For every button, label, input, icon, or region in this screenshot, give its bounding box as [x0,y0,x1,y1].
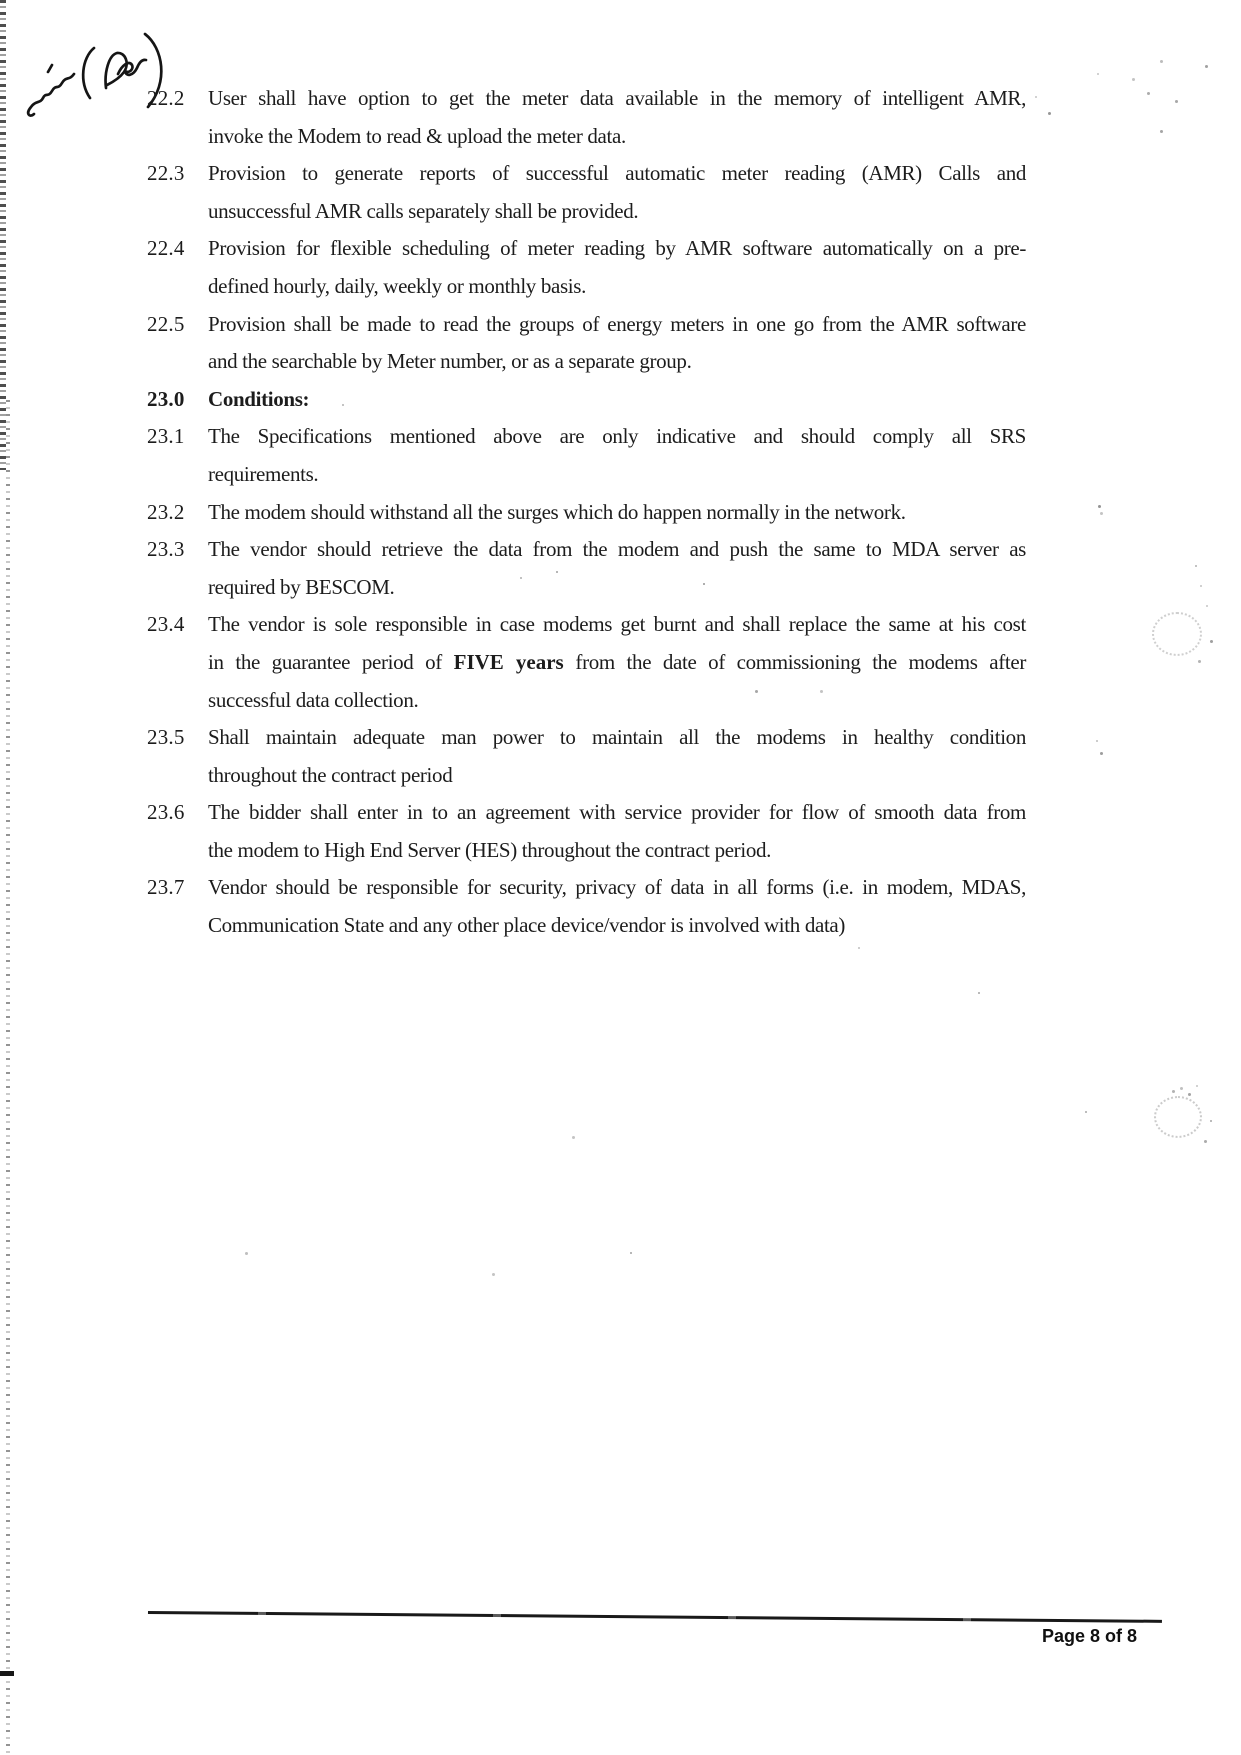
item-number: 22.3 [147,155,208,230]
scan-speck [556,571,558,573]
scan-speck [1210,1120,1212,1122]
item-number: 23.7 [147,869,208,944]
scan-speck [572,1136,575,1139]
footer-rule [148,1611,1162,1622]
item-text: Provision to generate reports of success… [208,155,1026,230]
scan-speck [1196,1085,1198,1087]
scan-speck [1188,1093,1191,1096]
item-text: Provision shall be made to read the grou… [208,306,1026,381]
item-text: Provision for flexible scheduling of met… [208,230,1026,305]
item-text-line: requirements. [208,456,1026,494]
scan-speck [1180,1087,1183,1090]
scan-speck [1097,73,1099,75]
scan-speck [1175,100,1178,103]
doc-item: 22.2User shall have option to get the me… [147,80,1026,155]
scan-speck [1160,60,1163,63]
item-text-line: Communication State and any other place … [208,907,1026,945]
doc-item: 23.2The modem should withstand all the s… [147,494,1026,532]
item-number: 23.1 [147,418,208,493]
scan-speck [1205,65,1208,68]
item-number: 23.0 [147,381,208,419]
scan-speck [1206,605,1208,607]
scan-speck [978,992,980,994]
item-text: Shall maintain adequate man power to mai… [208,719,1026,794]
item-number: 23.2 [147,494,208,532]
item-number: 23.6 [147,794,208,869]
scan-speck [1132,78,1135,81]
item-text-line: The vendor is sole responsible in case m… [208,606,1026,644]
item-text: The bidder shall enter in to an agreemen… [208,794,1026,869]
scan-smudge [1154,1096,1202,1138]
item-text-line: Vendor should be responsible for securit… [208,869,1026,907]
item-text-line: The modem should withstand all the surge… [208,494,1026,532]
item-text-line: The bidder shall enter in to an agreemen… [208,794,1026,832]
scan-edge-artifact [6,400,10,1755]
item-number: 22.4 [147,230,208,305]
scan-speck [1204,1140,1207,1143]
scan-speck [1096,740,1098,742]
item-number: 22.2 [147,80,208,155]
item-text-line: Conditions: [208,381,1026,419]
scan-speck [1100,512,1103,515]
scan-speck [1085,1111,1087,1113]
scan-speck [755,690,758,693]
scan-speck [1147,92,1150,95]
item-text: Vendor should be responsible for securit… [208,869,1026,944]
item-text-line: successful data collection. [208,682,1026,720]
item-text-line: invoke the Modem to read & upload the me… [208,118,1026,156]
doc-item: 23.7Vendor should be responsible for sec… [147,869,1026,944]
item-number: 23.3 [147,531,208,606]
scan-smudge [1152,612,1202,656]
scan-edge-tick [0,1671,14,1676]
scan-speck [858,947,860,949]
scan-speck [1160,130,1163,133]
item-text-line: throughout the contract period [208,757,1026,795]
scan-speck [1195,565,1197,567]
item-text-line: Provision shall be made to read the grou… [208,306,1026,344]
doc-item: 22.5Provision shall be made to read the … [147,306,1026,381]
item-text-line: Provision to generate reports of success… [208,155,1026,193]
item-number: 23.5 [147,719,208,794]
item-text-line: defined hourly, daily, weekly or monthly… [208,268,1026,306]
document-body: 22.2User shall have option to get the me… [147,80,1026,945]
scan-speck [492,1273,495,1276]
document-page: 22.2User shall have option to get the me… [0,0,1241,1755]
page-number-label: Page 8 of 8 [1042,1626,1162,1647]
item-text-line: unsuccessful AMR calls separately shall … [208,193,1026,231]
doc-item: 22.3Provision to generate reports of suc… [147,155,1026,230]
scan-speck [520,577,522,579]
scan-speck [1098,505,1101,508]
item-text: User shall have option to get the meter … [208,80,1026,155]
doc-item: 23.1The Specifications mentioned above a… [147,418,1026,493]
item-text: Conditions: [208,381,1026,419]
doc-item: 22.4Provision for flexible scheduling of… [147,230,1026,305]
doc-item: 23.3The vendor should retrieve the data … [147,531,1026,606]
item-text-line: in the guarantee period of FIVE years fr… [208,644,1026,682]
scan-speck [703,583,705,585]
doc-item: 23.0Conditions: [147,381,1026,419]
doc-item: 23.5Shall maintain adequate man power to… [147,719,1026,794]
item-text: The vendor should retrieve the data from… [208,531,1026,606]
item-text-line: and the searchable by Meter number, or a… [208,343,1026,381]
doc-item: 23.6The bidder shall enter in to an agre… [147,794,1026,869]
item-text: The vendor is sole responsible in case m… [208,606,1026,719]
scan-speck [1100,752,1103,755]
scan-speck [245,1252,248,1255]
scan-speck [1200,585,1202,587]
doc-item: 23.4The vendor is sole responsible in ca… [147,606,1026,719]
item-text-line: the modem to High End Server (HES) throu… [208,832,1026,870]
scan-speck [820,690,823,693]
item-text-line: required by BESCOM. [208,569,1026,607]
scan-speck [1048,112,1051,115]
item-text-line: User shall have option to get the meter … [208,80,1026,118]
scan-speck [630,1252,632,1254]
item-text: The modem should withstand all the surge… [208,494,1026,532]
item-number: 23.4 [147,606,208,719]
scan-speck [1198,660,1201,663]
scan-speck [1035,96,1037,98]
item-text: The Specifications mentioned above are o… [208,418,1026,493]
item-number: 22.5 [147,306,208,381]
item-text-line: Shall maintain adequate man power to mai… [208,719,1026,757]
item-text-line: The Specifications mentioned above are o… [208,418,1026,456]
scan-speck [342,404,344,406]
item-text-line: The vendor should retrieve the data from… [208,531,1026,569]
scan-speck [1172,1090,1175,1093]
scan-speck [1210,640,1213,643]
item-text-line: Provision for flexible scheduling of met… [208,230,1026,268]
